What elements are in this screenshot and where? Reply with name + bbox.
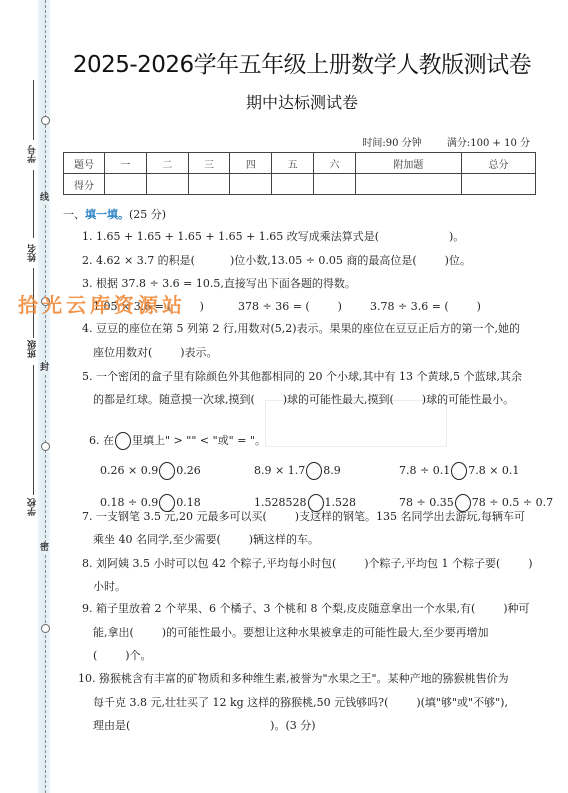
question-6: 6. 在里填上" > "" < "或" = "。 — [82, 418, 266, 450]
student-id-line[interactable] — [33, 80, 34, 140]
header-cell: 三 — [188, 153, 230, 174]
compare-right: 0.18 — [176, 496, 201, 509]
question-9-line-1: 9. 箱子里放着 2 个苹果、6 个橘子、3 个桃和 8 个梨,皮皮随意拿出一个… — [82, 602, 530, 616]
question-7-line-1: 7. 一支钢笔 3.5 元,20 元最多可以买( )支这样的钢笔。135 名同学… — [82, 510, 525, 524]
student-id-label: 学号 — [26, 145, 39, 163]
compare-right: 1.528 — [325, 496, 357, 509]
punch-hole-icon — [41, 442, 50, 451]
answer-circle[interactable] — [451, 462, 467, 480]
question-8-line-2: 小时。 — [93, 580, 126, 594]
compare-left: 78 ÷ 0.35 — [399, 496, 454, 509]
header-cell: 附加题 — [355, 153, 461, 174]
answer-circle[interactable] — [159, 462, 175, 480]
question-3-item: 378 ÷ 36 = ( ) — [238, 300, 342, 314]
score-table: 题号 一 二 三 四 五 六 附加题 总分 得分 — [63, 152, 536, 195]
question-8-line-1: 8. 刘阿姨 3.5 小时可以包 42 个粽子,平均每小时包( )个粽子,平均包… — [82, 557, 533, 571]
question-10-line-1: 10. 猕猴桃含有丰富的矿物质和多种维生素,被誉为"水果之王"。某种产地的猕猴桃… — [78, 672, 509, 686]
question-6-prefix: 6. 在 — [89, 434, 114, 447]
compare-left: 8.9 × 1.7 — [254, 464, 305, 477]
school-line[interactable] — [33, 365, 34, 495]
question-2: 2. 4.62 × 3.7 的积是( )位小数,13.05 ÷ 0.05 商的最… — [82, 254, 471, 268]
question-7-line-2: 乘坐 40 名同学,至少需要( )辆这样的车。 — [93, 533, 319, 547]
name-label: 姓名 — [26, 244, 39, 262]
bleed-through-ghost — [265, 400, 447, 447]
row-label: 得分 — [64, 174, 105, 195]
compare-item: 0.26 × 0.90.26 — [93, 448, 201, 480]
cut-mark-line: 线 — [40, 193, 49, 203]
school-label: 学校 — [26, 498, 39, 516]
compare-left: 0.26 × 0.9 — [100, 464, 158, 477]
header-cell: 一 — [105, 153, 147, 174]
question-9-line-2: 能,拿出( )的可能性最小。要想让这种水果被拿走的可能性最大,至少要再增加 — [93, 626, 489, 640]
compare-right: 8.9 — [323, 464, 341, 477]
score-cell[interactable] — [105, 174, 147, 195]
question-3-item: 3.78 ÷ 3.6 = ( ) — [370, 300, 481, 314]
section-heading: 一、填一填。(25 分) — [63, 206, 166, 222]
answer-circle[interactable] — [306, 462, 322, 480]
compare-item: 7.8 ÷ 0.17.8 × 0.1 — [392, 448, 519, 480]
score-cell[interactable] — [355, 174, 461, 195]
compare-left: 1.528528 — [254, 496, 307, 509]
compare-item: 0.18 ÷ 0.90.18 — [93, 480, 201, 512]
header-cell: 六 — [314, 153, 356, 174]
score-table-header-row: 题号 一 二 三 四 五 六 附加题 总分 — [64, 153, 536, 174]
header-cell: 题号 — [64, 153, 105, 174]
exam-subtitle: 期中达标测试卷 — [62, 90, 542, 113]
score-table-score-row: 得分 — [64, 174, 536, 195]
compare-left: 0.18 ÷ 0.9 — [100, 496, 158, 509]
question-5-line-2: 的都是红球。随意摸一次球,摸到( )球的可能性最大,摸到( )球的可能性最小。 — [93, 393, 514, 407]
compare-left: 7.8 ÷ 0.1 — [399, 464, 450, 477]
question-9-line-3: ( )个。 — [93, 649, 152, 663]
header-cell: 四 — [230, 153, 272, 174]
score-cell[interactable] — [272, 174, 314, 195]
score-cell[interactable] — [230, 174, 272, 195]
punch-hole-icon — [41, 116, 50, 125]
watermark: 拾光云库资源站 — [18, 289, 186, 318]
class-label: 班级 — [26, 340, 39, 358]
section-prefix: 一、 — [63, 208, 85, 221]
exam-meta: 时间:90 分钟 满分:100 + 10 分 — [340, 134, 530, 149]
question-10-line-3: 理由是( )。(3 分) — [93, 719, 316, 733]
full-score: 满分:100 + 10 分 — [447, 138, 530, 149]
compare-item: 8.9 × 1.78.9 — [247, 448, 341, 480]
score-cell[interactable] — [462, 174, 536, 195]
compare-item: 1.5285281.528 — [247, 480, 356, 512]
cut-mark-seal: 封 — [40, 363, 49, 373]
score-cell[interactable] — [188, 174, 230, 195]
score-cell[interactable] — [146, 174, 188, 195]
time-limit: 时间:90 分钟 — [362, 138, 421, 149]
compare-right: 7.8 × 0.1 — [468, 464, 519, 477]
exam-title: 2025-2026学年五年级上册数学人教版测试卷 — [62, 46, 542, 79]
compare-item: 78 ÷ 0.3578 ÷ 0.5 ÷ 0.7 — [392, 480, 553, 512]
question-1: 1. 1.65 + 1.65 + 1.65 + 1.65 + 1.65 改写成乘… — [82, 230, 464, 244]
question-4-line-2: 座位用数对( )表示。 — [93, 346, 218, 360]
section-title: 填一填。 — [85, 208, 129, 221]
header-cell: 五 — [272, 153, 314, 174]
compare-right: 0.26 — [176, 464, 201, 477]
header-cell: 总分 — [462, 153, 536, 174]
question-4-line-1: 4. 豆豆的座位在第 5 列第 2 行,用数对(5,2)表示。果果的座位在豆豆正… — [82, 322, 520, 336]
header-cell: 二 — [146, 153, 188, 174]
section-points: (25 分) — [129, 208, 166, 221]
compare-right: 78 ÷ 0.5 ÷ 0.7 — [472, 496, 553, 509]
question-10-line-2: 每千克 3.8 元,壮壮买了 12 kg 这样的猕猴桃,50 元钱够吗?( )(… — [93, 696, 508, 710]
question-6-suffix: 里填上" > "" < "或" = "。 — [132, 434, 266, 447]
name-line[interactable] — [33, 170, 34, 238]
question-5-line-1: 5. 一个密闭的盒子里有除颜色外其他都相同的 20 个小球,其中有 13 个黄球… — [82, 370, 522, 384]
cut-mark-secret: 密 — [40, 543, 49, 553]
punch-hole-icon — [41, 624, 50, 633]
score-cell[interactable] — [314, 174, 356, 195]
